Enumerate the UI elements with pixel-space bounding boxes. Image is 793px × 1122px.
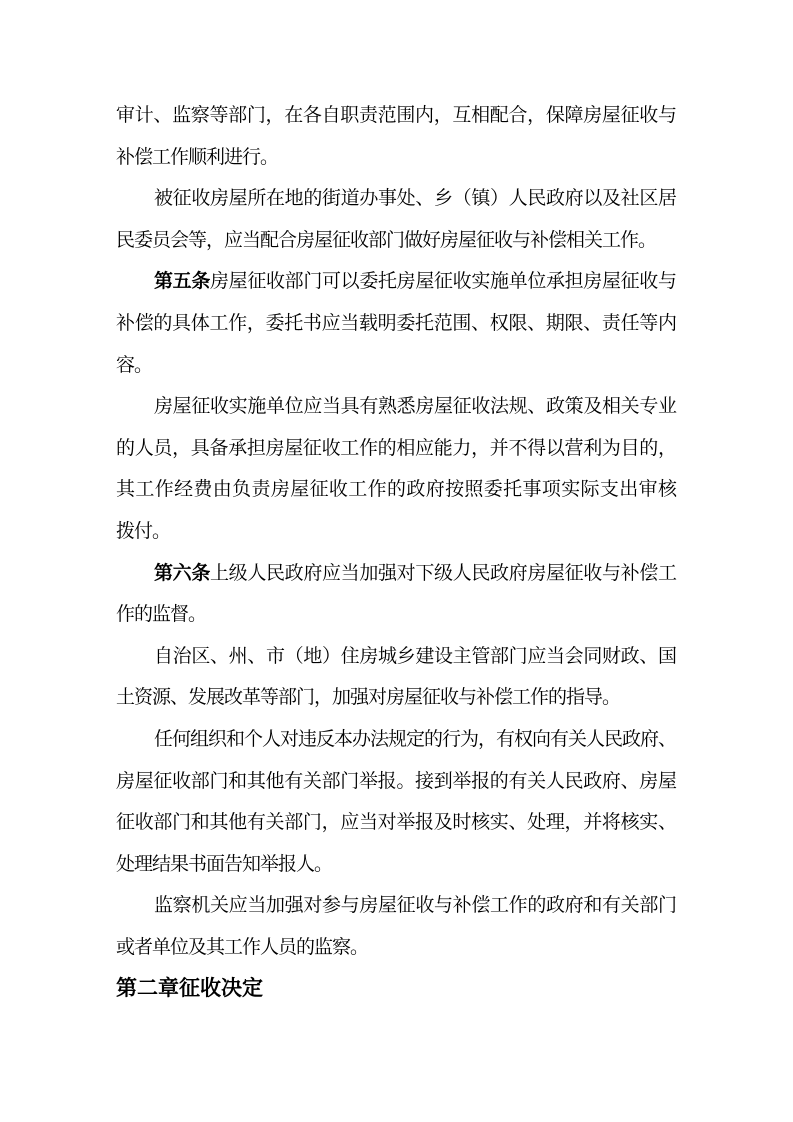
text-line: 补偿工作顺利进行。 — [116, 137, 676, 179]
text-line: 第六条上级人民政府应当加强对下级人民政府房屋征收与补偿工 — [116, 553, 676, 595]
text-line: 作的监督。 — [116, 594, 676, 636]
article-number: 第五条 — [154, 271, 210, 292]
text-line: 土资源、发展改革等部门，加强对房屋征收与补偿工作的指导。 — [116, 677, 676, 719]
text-line: 其工作经费由负责房屋征收工作的政府按照委托事项实际支出审核 — [116, 469, 676, 511]
text-line: 第五条房屋征收部门可以委托房屋征收实施单位承担房屋征收与 — [116, 261, 676, 303]
text-line: 征收部门和其他有关部门，应当对举报及时核实、处理，并将核实、 — [116, 802, 676, 844]
text-line: 或者单位及其工作人员的监察。 — [116, 927, 676, 969]
document-page: 审计、监察等部门，在各自职责范围内，互相配合，保障房屋征收与补偿工作顺利进行。被… — [0, 0, 793, 1122]
text-line: 补偿的具体工作，委托书应当载明委托范围、权限、期限、责任等内 — [116, 303, 676, 345]
text-line: 容。 — [116, 345, 676, 387]
text-line: 处理结果书面告知举报人。 — [116, 844, 676, 886]
text-line: 监察机关应当加强对参与房屋征收与补偿工作的政府和有关部门 — [116, 885, 676, 927]
text-line: 被征收房屋所在地的街道办事处、乡（镇）人民政府以及社区居 — [116, 178, 676, 220]
text-line: 自治区、州、市（地）住房城乡建设主管部门应当会同财政、国 — [116, 636, 676, 678]
article-number: 第六条 — [154, 563, 210, 584]
text-line: 房屋征收部门和其他有关部门举报。接到举报的有关人民政府、房屋 — [116, 761, 676, 803]
text-line: 任何组织和个人对违反本办法规定的行为，有权向有关人民政府、 — [116, 719, 676, 761]
text-line: 审计、监察等部门，在各自职责范围内，互相配合，保障房屋征收与 — [116, 95, 676, 137]
document-body: 审计、监察等部门，在各自职责范围内，互相配合，保障房屋征收与补偿工作顺利进行。被… — [116, 95, 676, 1010]
text-line: 房屋征收实施单位应当具有熟悉房屋征收法规、政策及相关专业 — [116, 386, 676, 428]
chapter-heading: 第二章征收决定 — [116, 968, 676, 1010]
text-line: 的人员，具备承担房屋征收工作的相应能力，并不得以营利为目的， — [116, 428, 676, 470]
text-line: 拨付。 — [116, 511, 676, 553]
text-line: 民委员会等，应当配合房屋征收部门做好房屋征收与补偿相关工作。 — [116, 220, 676, 262]
